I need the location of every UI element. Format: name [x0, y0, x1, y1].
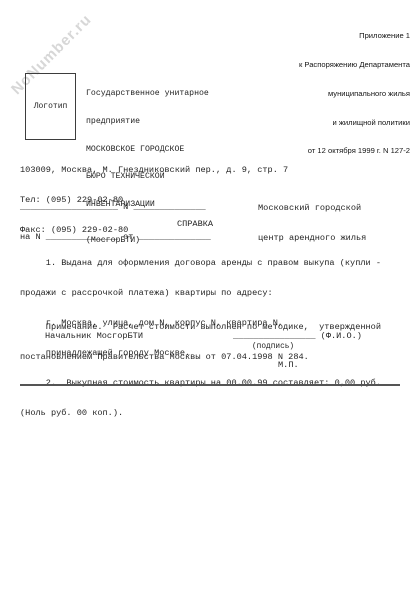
appendix-line: от 12 октября 1999 г. N 127-2 — [299, 146, 410, 156]
body-line: продажи с рассрочкой платежа) квартиры п… — [20, 288, 381, 298]
body-line: (Ноль руб. 00 коп.). — [20, 408, 381, 418]
document-page: NoNumber.ru Приложение 1 к Распоряжению … — [0, 0, 420, 600]
postal-address: 103009, Москва, М. Гнездниковский пер., … — [20, 165, 288, 175]
appendix-line: к Распоряжению Департамента — [299, 60, 410, 70]
org-name-line: Государственное унитарное — [86, 89, 209, 98]
bottom-divider — [20, 384, 400, 386]
appendix-header: Приложение 1 к Распоряжению Департамента… — [299, 12, 410, 175]
body-line: 1. Выдана для оформления договора аренды… — [20, 258, 381, 268]
signer-title: Начальник МосгорБТИ — [45, 331, 143, 341]
signature-line: ________________ (Ф.И.О.) — [233, 331, 362, 341]
logo-label: Логотип — [34, 102, 68, 112]
appendix-line: муниципального жилья — [299, 89, 410, 99]
document-title: СПРАВКА — [20, 219, 370, 229]
appendix-line: Приложение 1 — [299, 31, 410, 41]
recipient-line: Московский городской — [258, 203, 366, 213]
note-line: постановлением Правительства Москвы от 0… — [20, 352, 381, 362]
org-name-line: предприятие — [86, 117, 209, 126]
outgoing-number-line: ___________________ N ______________ — [20, 202, 211, 212]
stamp-placeholder: М.П. — [278, 360, 299, 370]
note-block: Примечание. Расчет стоимости выполнен по… — [20, 302, 381, 382]
logo-placeholder-box: Логотип — [25, 73, 76, 140]
signature-caption: (подпись) — [252, 342, 294, 352]
appendix-line: и жилищной политики — [299, 118, 410, 128]
